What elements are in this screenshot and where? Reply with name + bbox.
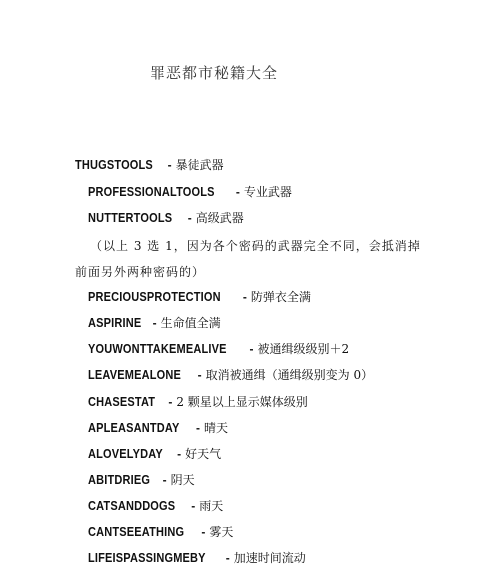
document-title: 罪恶都市秘籍大全	[150, 62, 278, 83]
cheat-code: NUTTERTOOLS	[88, 210, 172, 226]
cheat-description: 加速时间流动	[234, 550, 306, 565]
cheat-entry: PRECIOUSPROTECTION - 防弹衣全满	[88, 289, 311, 305]
cheat-code: CHASESTAT	[88, 394, 155, 410]
cheat-description: 生命值全满	[161, 315, 221, 331]
cheat-description: 雾天	[209, 524, 233, 540]
cheat-code: PRECIOUSPROTECTION	[88, 289, 221, 305]
cheat-description: 阴天	[171, 472, 195, 488]
cheat-code: CATSANDDOGS	[88, 498, 175, 514]
cheat-entry: CANTSEEATHING - 雾天	[88, 524, 233, 540]
cheat-code: YOUWONTTAKEMEALIVE	[88, 341, 227, 357]
cheat-description: 好天气	[185, 446, 221, 462]
cheat-entry: YOUWONTTAKEMEALIVE - 被通缉级级别＋2	[88, 341, 349, 357]
cheat-entry: PROFESSIONALTOOLS - 专业武器	[88, 184, 292, 200]
cheat-code: APLEASANTDAY	[88, 420, 180, 436]
cheat-description: 2 颗星以上显示媒体级别	[176, 394, 307, 410]
cheat-description: 取消被通缉（通缉级别变为 0）	[206, 367, 373, 383]
cheat-code: ABITDRIEG	[88, 472, 150, 488]
cheat-code: CANTSEEATHING	[88, 524, 184, 540]
separator: -	[198, 367, 202, 383]
cheat-code: ALOVELYDAY	[88, 446, 163, 462]
separator: -	[168, 394, 172, 410]
cheat-code: LEAVEMEALONE	[88, 367, 181, 383]
separator: -	[243, 289, 247, 305]
separator: -	[168, 157, 172, 173]
cheat-code: LIFEISPASSINGMEBY	[88, 550, 206, 565]
cheat-entry: ALOVELYDAY - 好天气	[88, 446, 221, 462]
cheat-description: 暴徒武器	[176, 157, 224, 173]
separator: -	[163, 472, 167, 488]
separator: -	[191, 498, 195, 514]
separator: -	[236, 184, 240, 200]
separator: -	[177, 446, 181, 462]
separator: -	[196, 420, 200, 436]
cheat-code: ASPIRINE	[88, 315, 141, 331]
cheat-entry: THUGSTOOLS - 暴徒武器	[75, 157, 224, 173]
cheat-description: 高级武器	[196, 210, 244, 226]
cheat-description: 雨天	[199, 498, 223, 514]
cheat-entry: APLEASANTDAY - 晴天	[88, 420, 228, 436]
note-line-2: 前面另外两种密码的）	[75, 263, 205, 280]
cheat-description: 被通缉级级别＋2	[258, 341, 350, 357]
note-line-1: （以上 3 选 1，因为各个密码的武器完全不同，会抵消掉	[90, 237, 421, 254]
cheat-code: PROFESSIONALTOOLS	[88, 184, 215, 200]
cheat-entry: NUTTERTOOLS - 高级武器	[88, 210, 244, 226]
cheat-entry: CHASESTAT - 2 颗星以上显示媒体级别	[88, 394, 308, 410]
separator: -	[226, 550, 230, 565]
cheat-entry: CATSANDDOGS - 雨天	[88, 498, 223, 514]
separator: -	[250, 341, 254, 357]
separator: -	[201, 524, 205, 540]
cheat-entry: ABITDRIEG - 阴天	[88, 472, 195, 488]
cheat-entry: LEAVEMEALONE - 取消被通缉（通缉级别变为 0）	[88, 367, 373, 383]
cheat-entry: LIFEISPASSINGMEBY - 加速时间流动	[88, 550, 306, 565]
cheat-code: THUGSTOOLS	[75, 157, 153, 173]
cheat-description: 专业武器	[244, 184, 292, 200]
cheat-entry: ASPIRINE - 生命值全满	[88, 315, 221, 331]
cheat-description: 晴天	[204, 420, 228, 436]
cheat-description: 防弹衣全满	[251, 289, 311, 305]
separator: -	[153, 315, 157, 331]
separator: -	[188, 210, 192, 226]
